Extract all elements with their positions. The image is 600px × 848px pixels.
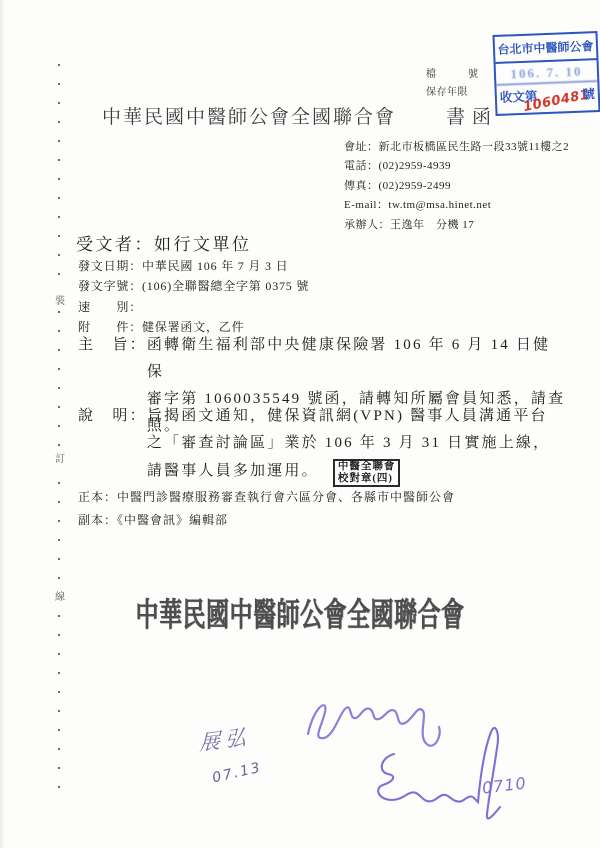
org-title: 中華民國中醫師公會全國聯合會 (102, 102, 396, 129)
binding-char-zhuang: 裝 (53, 290, 67, 309)
reference-number-line: 發文字號：(106)全聯醫總全字第 0375 號 (78, 276, 309, 296)
description-line: 旨揭函文通知，健保資訊網(VPN) 醫事人員溝通平台 (147, 403, 567, 430)
received-stamp-org: 台北市中醫師公會 (495, 33, 597, 64)
description-label: 說 明： (78, 403, 147, 485)
contact-block: 會址：新北市板橋區民生路一段33號11樓之2 電話：(02)2959-4939 … (344, 138, 569, 235)
signature-left-name: 展弘 (199, 721, 251, 758)
cc-copy-line: 副本：《中醫會訊》編輯部 (78, 509, 455, 532)
proofreading-stamp: 中醫全聯會 校對章(四) (333, 459, 401, 487)
calligraphy-org-title: 中華民國中醫師公會全國聯合會 (136, 589, 465, 635)
proofreading-stamp-line2: 校對章(四) (338, 473, 396, 485)
binding-char-xian: 線 (53, 586, 67, 605)
file-number-row: 檔 號 (426, 65, 478, 80)
binding-char-ding: 訂 (53, 448, 67, 467)
contact-phone: 電話：(02)2959-4939 (344, 157, 569, 176)
signature-left-date: 07.13 (211, 760, 263, 787)
meta-block: 發文日期：中華民國 106 年 7 月 3 日 發文字號：(106)全聯醫總全字… (78, 256, 309, 338)
issue-date-line: 發文日期：中華民國 106 年 7 月 3 日 (78, 256, 309, 276)
description-line: 請醫事人員多加運用。 (147, 458, 319, 485)
subject-line: 函轉衛生福利部中央健康保險署 106 年 6 月 14 日健保 (147, 332, 567, 386)
document-header: 中華民國中醫師公會全國聯合會 書函 (0, 102, 600, 129)
proofreading-stamp-line1: 中醫全聯會 (338, 461, 396, 473)
scanned-letter-page: 裝 訂 線 台北市中醫師公會 106. 7. 10 收文第 1060481 號 … (0, 0, 600, 848)
description-last-line: 請醫事人員多加運用。 中醫全聯會 校對章(四) (147, 457, 567, 485)
file-number-char1: 檔 (426, 65, 436, 80)
original-copy-line: 正本：中醫門診醫療服務審查執行會六區分會、各縣市中醫師公會 (78, 486, 455, 509)
binding-dotted-line (58, 64, 60, 804)
doc-type-label: 書函 (446, 102, 498, 129)
signature-right-flourish (370, 724, 520, 824)
contact-person: 承辦人：王逸年 分機 17 (344, 216, 569, 235)
signature-right-date: 0710 (481, 773, 528, 797)
contact-address: 會址：新北市板橋區民生路一段33號11樓之2 (344, 138, 569, 157)
description-paragraph: 說 明： 旨揭函文通知，健保資訊網(VPN) 醫事人員溝通平台 之「審查討論區」… (78, 403, 567, 485)
contact-fax: 傳真：(02)2959-2499 (344, 177, 569, 196)
description-body: 旨揭函文通知，健保資訊網(VPN) 醫事人員溝通平台 之「審查討論區」業於 10… (147, 403, 567, 485)
description-line: 之「審查討論區」業於 106 年 3 月 31 日實施上線， (147, 430, 567, 457)
file-number-char2: 號 (468, 65, 478, 80)
binding-margin: 裝 訂 線 (53, 64, 67, 804)
contact-email: E-mail：tw.tm@msa.hinet.net (344, 196, 569, 215)
recipient-line: 受文者：如行文單位 (76, 230, 252, 255)
file-number-labels: 檔 號 保存年限 (426, 65, 478, 98)
copies-block: 正本：中醫門診醫療服務審查執行會六區分會、各縣市中醫師公會 副本：《中醫會訊》編… (78, 486, 455, 531)
priority-line: 速 別： (78, 297, 309, 317)
retention-period-label: 保存年限 (426, 83, 478, 98)
